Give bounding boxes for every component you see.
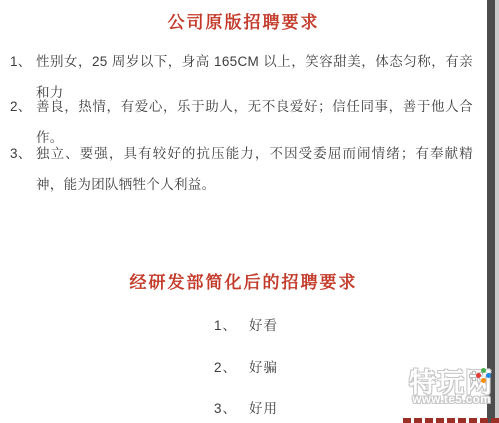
list-item: 3、好用 bbox=[214, 397, 278, 417]
page-edge-dark-bar bbox=[487, 0, 495, 423]
list-item: 1、好看 bbox=[214, 314, 278, 334]
site-watermark: 特玩网 www.te5.com bbox=[389, 361, 499, 423]
simplified-requirements-title: 经研发部简化后的招聘要求 bbox=[0, 268, 487, 293]
list-item: 2、好骗 bbox=[214, 356, 278, 376]
list-item-number: 3、 bbox=[214, 401, 237, 416]
gamepad-dot-red bbox=[476, 373, 481, 378]
page-edge-light-strip bbox=[495, 0, 499, 423]
list-item-text: 好看 bbox=[249, 318, 278, 333]
gamepad-dot-blue bbox=[486, 373, 491, 378]
original-requirements-title: 公司原版招聘要求 bbox=[0, 8, 487, 33]
watermark-url: www.te5.com bbox=[412, 394, 491, 406]
gamepad-icon bbox=[470, 368, 492, 383]
document-page: { "page": { "background": "#ffffff", "ed… bbox=[0, 0, 499, 423]
list-item-text: 独立、要强，具有较好的抗压能力，不因受委屈而闹情绪；有奉献精神，能为团队牺牲个人… bbox=[36, 138, 473, 200]
gamepad-dot-green bbox=[481, 368, 486, 373]
list-item-text: 好用 bbox=[249, 401, 278, 416]
list-item-text: 好骗 bbox=[249, 360, 278, 375]
list-item-number: 1、 bbox=[214, 318, 237, 333]
list-item-number: 3、 bbox=[10, 138, 36, 200]
gamepad-dot-orange bbox=[481, 378, 486, 383]
watermark-cropped-red-text bbox=[399, 418, 499, 423]
list-item: 3、 独立、要强，具有较好的抗压能力，不因受委屈而闹情绪；有奉献精神，能为团队牺… bbox=[10, 138, 473, 200]
list-item-number: 2、 bbox=[214, 360, 237, 375]
